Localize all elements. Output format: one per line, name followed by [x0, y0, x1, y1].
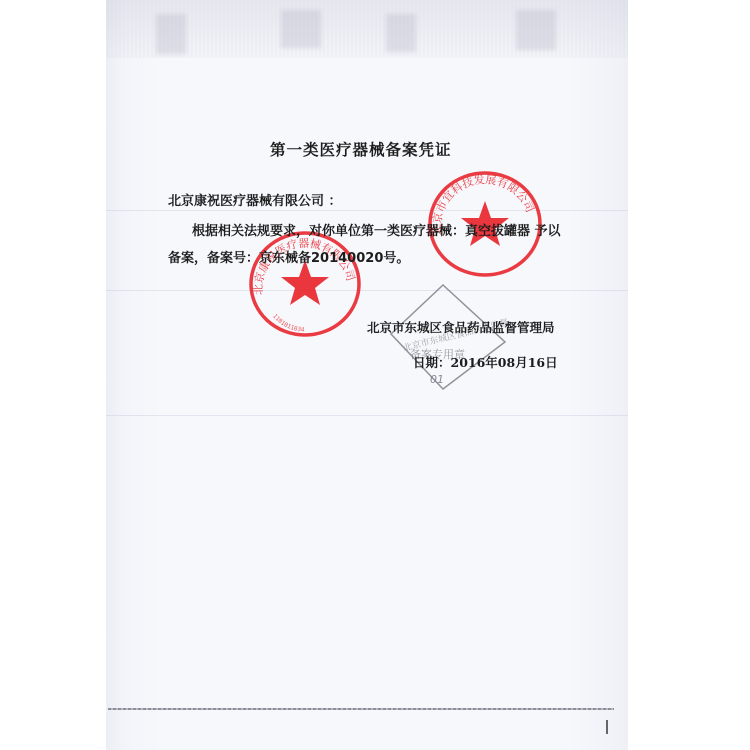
issue-date: 日期：2016年08月16日 — [413, 353, 558, 371]
scan-artifact — [156, 14, 186, 54]
date-label: 日期： — [413, 355, 451, 370]
body-line-1: 根据相关法规要求，对你单位第一类医疗器械：真空拔罐器 予以 — [192, 220, 561, 239]
filing-diamond-stamp: 北京市东城区食品药品监督管理局 备案专用章 01 — [388, 282, 508, 392]
svg-text:1101011034: 1101011034 — [271, 313, 305, 334]
left-company-seal: 北京康祝医疗器械有限公司 1101011034 — [246, 228, 364, 340]
fold-line — [106, 415, 628, 416]
issuing-authority: 北京市东城区食品药品监督管理局 — [367, 318, 555, 336]
bottom-rule — [108, 708, 614, 710]
fold-line — [106, 290, 628, 291]
page-mark — [606, 720, 608, 734]
date-value: 2016年08月16日 — [451, 355, 558, 370]
star-icon — [281, 260, 329, 305]
scan-artifact — [386, 14, 416, 52]
svg-text:01: 01 — [430, 373, 444, 386]
document-title: 第一类医疗器械备案凭证 — [270, 138, 452, 160]
fold-line — [106, 210, 628, 211]
scanned-paper — [106, 0, 628, 750]
scan-artifact — [281, 10, 321, 48]
body-line-2: 备案，备案号：京东械备20140020号。 — [168, 247, 409, 266]
addressee: 北京康祝医疗器械有限公司 ： — [168, 190, 342, 209]
scan-artifact — [516, 10, 556, 50]
